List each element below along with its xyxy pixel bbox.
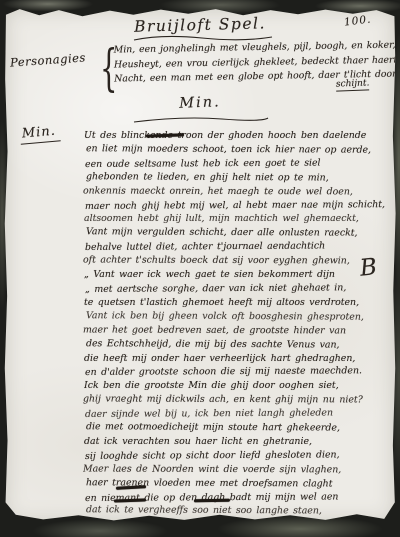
speech-line: en d'alder grootste schoon die sij mij n… xyxy=(85,364,399,380)
speech-line: „ Vant waer ick wech gaet te sien bekomm… xyxy=(84,268,398,282)
speech-line: Maer laes de Noorden wint die voerde sij… xyxy=(83,462,397,477)
personages-label: Personagies xyxy=(10,50,87,69)
heading-flourish xyxy=(132,115,270,124)
speech-line: te quetsen t'lastich ghemoet heeft mij a… xyxy=(84,296,398,310)
margin-mark: B xyxy=(359,254,377,281)
speech-line: „ met aertsche sorghe, daer van ick niet… xyxy=(85,281,399,297)
speech-line: een oude seltsame lust heb ick een goet … xyxy=(85,156,399,172)
speech-line: dat ick te vergheeffs soo niet soo langh… xyxy=(86,504,400,520)
speech-line: onkennis maeckt onrein, het maegh te oud… xyxy=(83,184,397,199)
manuscript-page: 100. Bruijloft Spel. Personagies { Min, … xyxy=(4,7,396,523)
speech-line: altsoomen hebt ghij lult, mijn machtich … xyxy=(84,212,398,226)
speech-line: en liet mijn moeders schoot, toen ick hi… xyxy=(86,142,400,158)
speech-line: maer het goet bedreven saet, de grootste… xyxy=(83,323,397,338)
speech-line: Vant ick ben bij gheen volck oft boosghe… xyxy=(86,309,400,325)
speech-line: haer traenen vloeden mee met droefsamen … xyxy=(86,476,400,492)
speech-line: die met ootmoedicheijt mijn stoute hart … xyxy=(86,420,400,436)
speech-heading: Min. xyxy=(4,88,396,118)
speech-line: Ick ben die grootste Min die ghij door o… xyxy=(84,379,398,393)
speaker-label: Min. xyxy=(19,123,60,144)
speech-line: maer noch ghij hebt mij wel, al hebt mae… xyxy=(85,198,399,214)
speech-line: sij looghde sicht op sicht door liefd gh… xyxy=(85,448,399,464)
speech-line: oft achter t'schults boeck dat sij voor … xyxy=(83,254,397,269)
manuscript-scan: 100. Bruijloft Spel. Personagies { Min, … xyxy=(0,0,400,537)
speech-line: des Echtschheijd, die mij bij des sachte… xyxy=(86,337,400,353)
speech-line: Ut des blinckende troon der ghoden hooch… xyxy=(84,129,398,143)
speech-line: die heeft mij onder haer verheerlijck ha… xyxy=(84,352,398,366)
speech-lines: Ut des blinckende troon der ghoden hooch… xyxy=(84,129,398,518)
speech-line: ghebonden te lieden, en ghij helt niet o… xyxy=(86,170,400,186)
speech-line: dat ick verachten sou haer licht en ghet… xyxy=(84,435,398,449)
